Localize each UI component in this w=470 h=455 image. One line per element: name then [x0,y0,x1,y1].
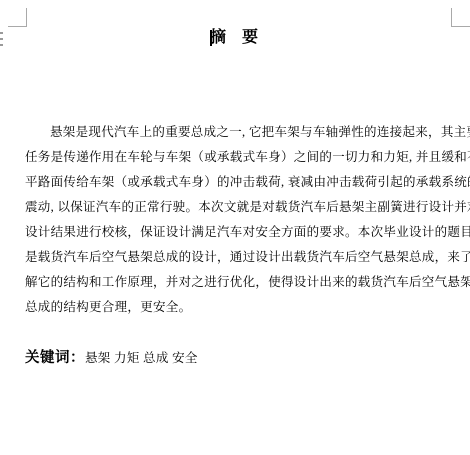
margin-mark-top-left-horizontal [8,26,27,27]
abstract-line: 总成的结构更合理，更安全。 [25,295,455,320]
abstract-line: 震动, 以保证汽车的正常行驶。本次文就是对载货汽车后悬架主副簧进行设计并对 [25,195,455,220]
abstract-line: 解它的结构和工作原理，并对之进行优化，使得设计出来的载货汽车后空气悬架 [25,270,455,295]
abstract-line: 是载货汽车后空气悬架总成的设计，通过设计出载货汽车后空气悬架总成，来了 [25,245,455,270]
keywords-value: 悬架 力矩 总成 安全 [85,351,198,365]
keywords-label: 关键词： [25,350,85,366]
abstract-line: 任务是传递作用在车轮与车架（或承载式车身）之间的一切力和力矩, 并且缓和不 [25,145,455,170]
abstract-line: 设计结果进行校核，保证设计满足汽车对安全方面的要求。本次毕业设计的题目 [25,220,455,245]
abstract-paragraph: 悬架是现代汽车上的重要总成之一, 它把车架与车轴弹性的连接起来，其主要 任务是传… [25,120,455,320]
abstract-title: 摘 要 [0,29,470,47]
margin-mark-top-left-vertical [26,8,27,27]
keywords-row: 关键词：悬架 力矩 总成 安全 [25,346,198,367]
abstract-line: 悬架是现代汽车上的重要总成之一, 它把车架与车轴弹性的连接起来，其主要 [25,120,455,145]
margin-mark-top-right-vertical [451,8,452,27]
margin-mark-top-right-horizontal [451,26,470,27]
abstract-line: 平路面传给车架（或承载式车身）的冲击载荷, 衰减由冲击载荷引起的承载系统的 [25,170,455,195]
